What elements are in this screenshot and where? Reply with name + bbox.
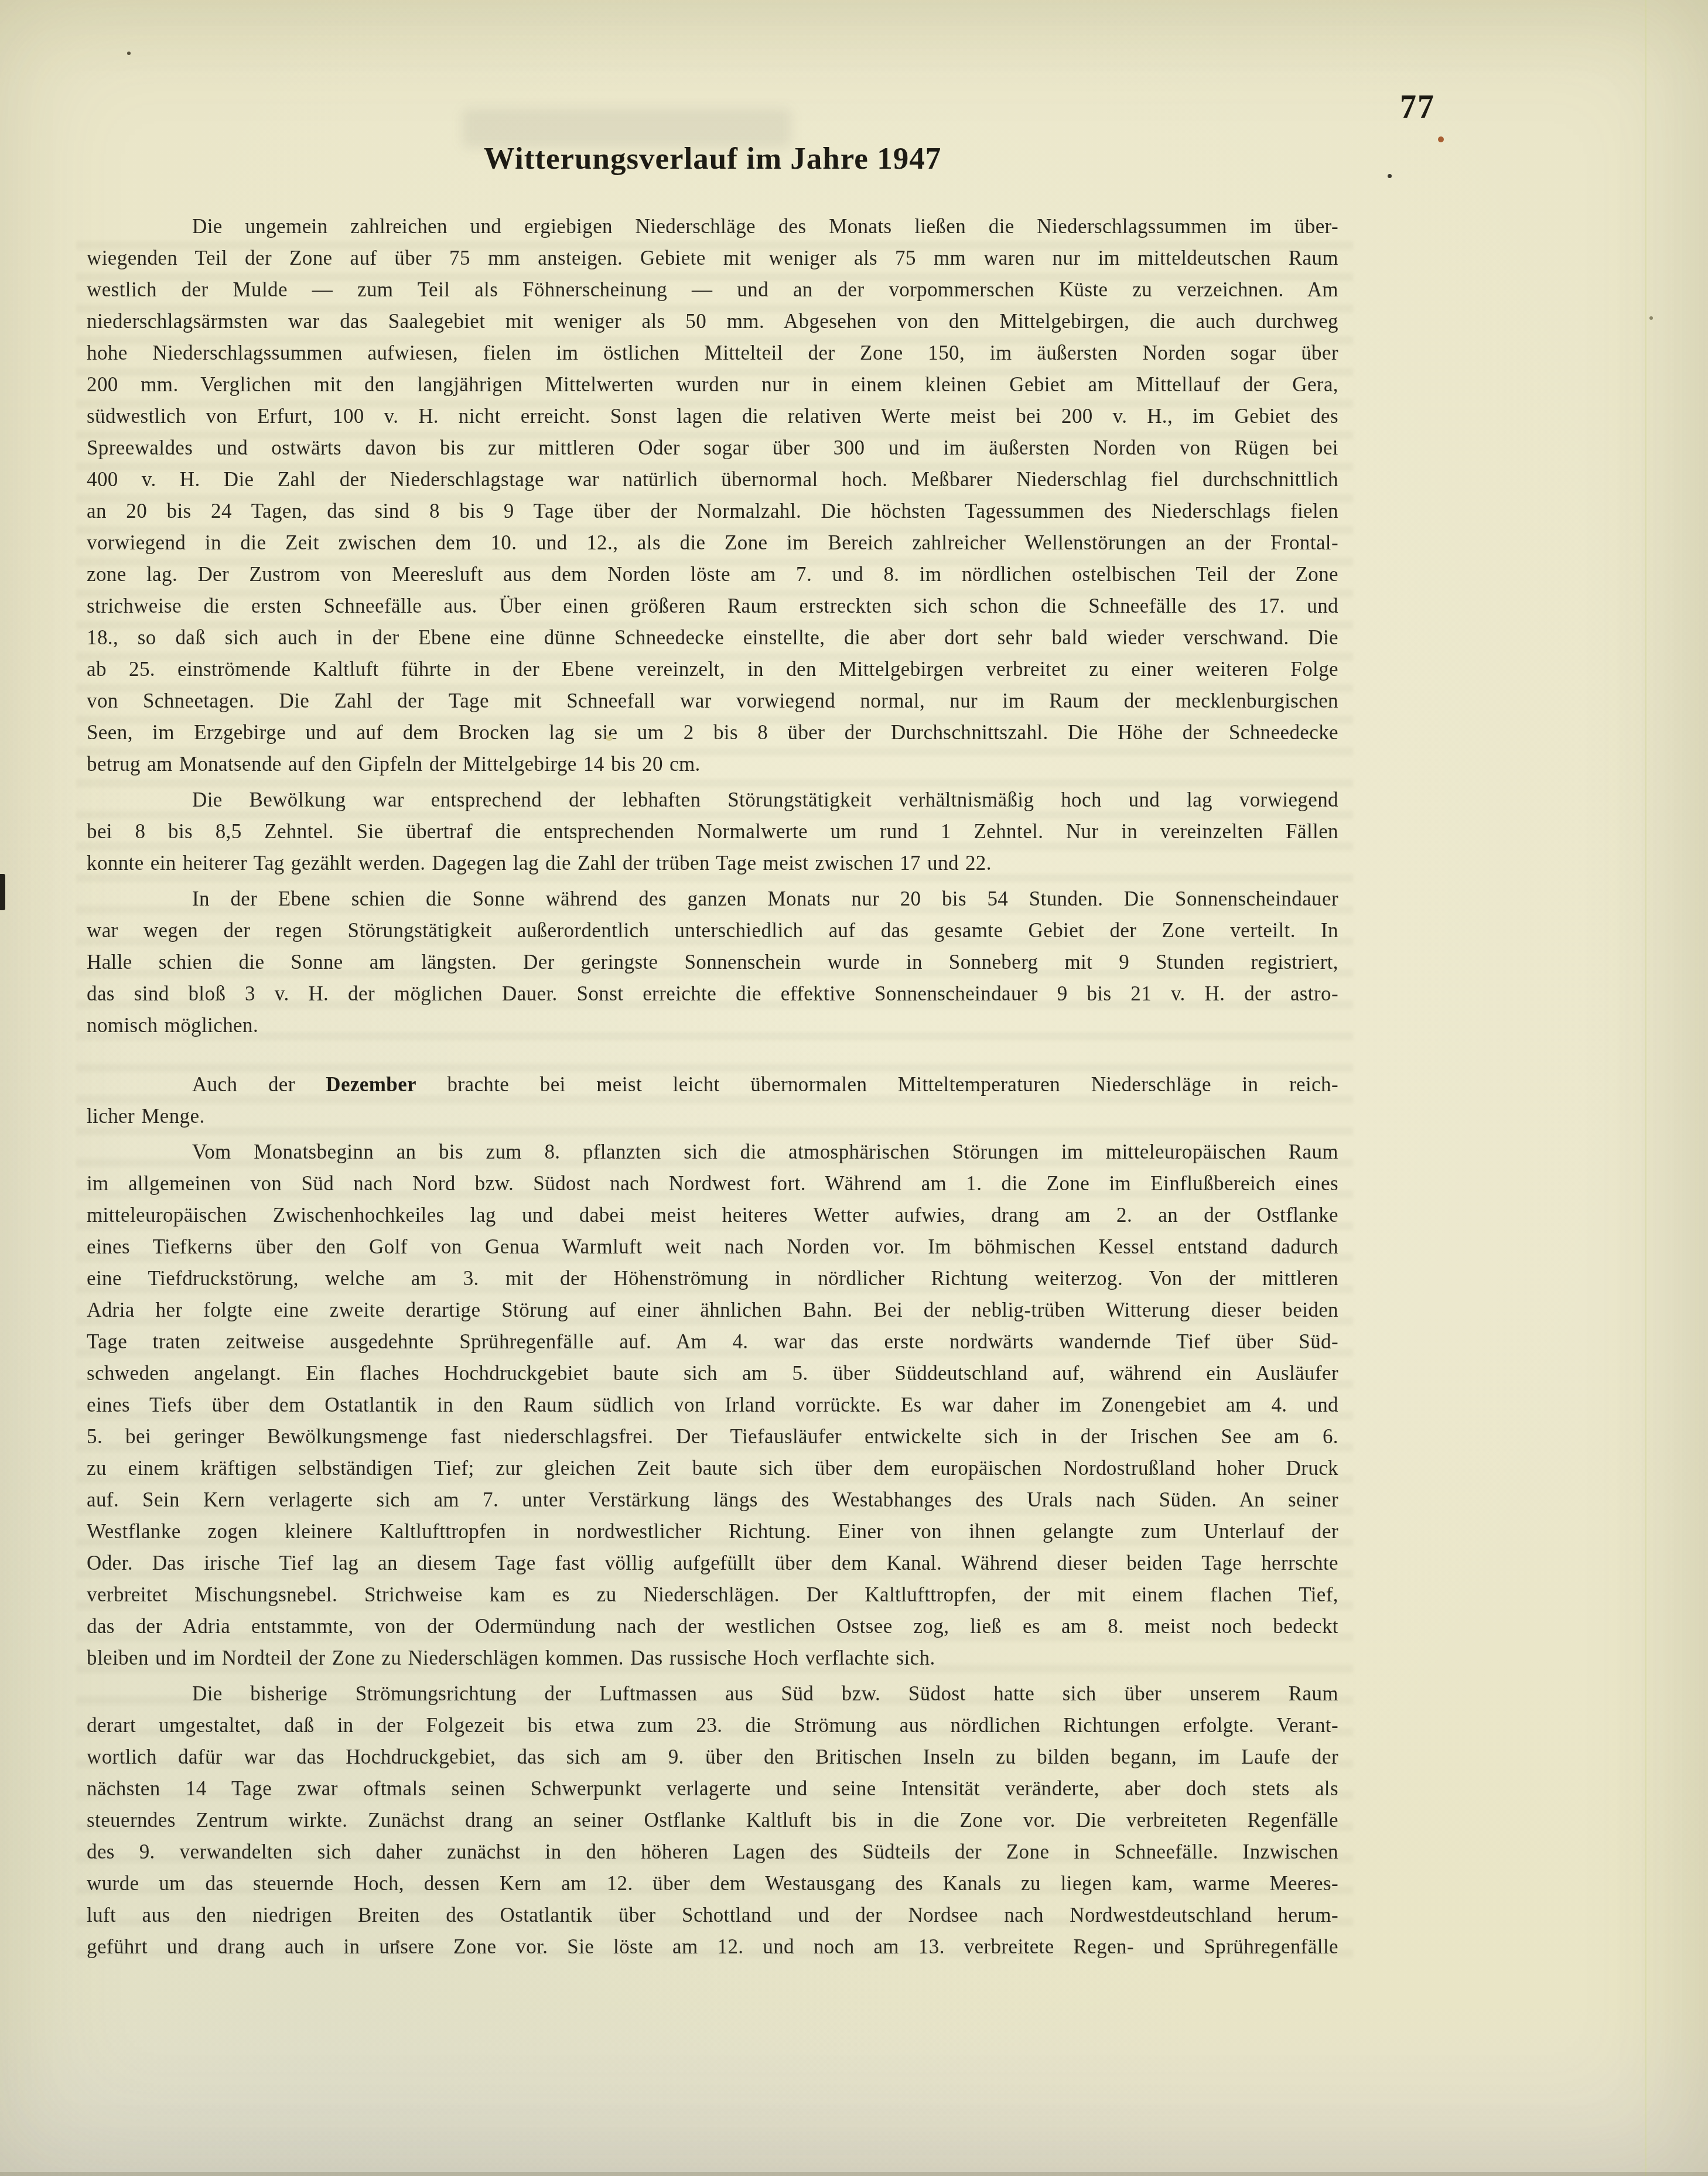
text-line: westlich der Mulde — zum Teil als Föhner… xyxy=(87,274,1338,306)
text-line: war wegen der regen Störungstätigkeit au… xyxy=(87,915,1338,947)
text-line: 18., so daß sich auch in der Ebene eine … xyxy=(87,622,1338,654)
paragraph: Auch der Dezember brachte bei meist leic… xyxy=(87,1069,1338,1132)
page-title: Witterungsverlauf im Jahre 1947 xyxy=(87,141,1338,177)
text-line: Die bisherige Strömungsrichtung der Luft… xyxy=(87,1678,1338,1710)
text-line: derart umgestaltet, daß in der Folgezeit… xyxy=(87,1710,1338,1741)
paper-speck xyxy=(1388,174,1392,178)
text-line: ab 25. einströmende Kaltluft führte in d… xyxy=(87,654,1338,685)
paper-crease xyxy=(1645,0,1646,2176)
text-line: licher Menge. xyxy=(87,1101,1338,1132)
text-line: das der Adria entstammte, von der Odermü… xyxy=(87,1611,1338,1642)
paper-speck xyxy=(127,52,131,55)
text-line: 400 v. H. Die Zahl der Niederschlagstage… xyxy=(87,464,1338,496)
paragraph: Vom Monatsbeginn an bis zum 8. pflanzten… xyxy=(87,1136,1338,1674)
text-line: wiegenden Teil der Zone auf über 75 mm a… xyxy=(87,242,1338,274)
text-line: zu einem kräftigen selbständigen Tief; z… xyxy=(87,1453,1338,1484)
text-line: verbreitet Mischungsnebel. Strichweise k… xyxy=(87,1579,1338,1611)
text-line: südwestlich von Erfurt, 100 v. H. nicht … xyxy=(87,401,1338,432)
page-number: 77 xyxy=(1400,89,1435,125)
text-line: von Schneetagen. Die Zahl der Tage mit S… xyxy=(87,685,1338,717)
text-line: des 9. verwandelten sich daher zunächst … xyxy=(87,1836,1338,1868)
paragraph: Die bisherige Strömungsrichtung der Luft… xyxy=(87,1678,1338,1963)
text-line: 200 mm. Verglichen mit den langjährigen … xyxy=(87,369,1338,401)
paragraph: Die Bewölkung war entsprechend der lebha… xyxy=(87,784,1338,879)
paragraph: In der Ebene schien die Sonne während de… xyxy=(87,883,1338,1041)
paper-speck xyxy=(1649,316,1653,320)
page-bottom-shadow xyxy=(0,2172,1708,2176)
text-line: Westflanke zogen kleinere Kaltlufttropfe… xyxy=(87,1516,1338,1548)
text-line: Adria her folgte eine zweite derartige S… xyxy=(87,1294,1338,1326)
text-line: nomisch möglichen. xyxy=(87,1010,1338,1041)
text-line: Halle schien die Sonne am längsten. Der … xyxy=(87,947,1338,978)
text-line: niederschlagsärmsten war das Saalegebiet… xyxy=(87,306,1338,337)
text-line: luft aus den niedrigen Breiten des Ostat… xyxy=(87,1900,1338,1931)
text-line: wurde um das steuernde Hoch, dessen Kern… xyxy=(87,1868,1338,1900)
text-line: vorwiegend in die Zeit zwischen dem 10. … xyxy=(87,527,1338,559)
paper-speck xyxy=(1438,136,1444,142)
text-line: eines Tiefkerns über den Golf von Genua … xyxy=(87,1231,1338,1263)
paper-speck xyxy=(606,735,613,741)
text-line: eines Tiefs über dem Ostatlantik in den … xyxy=(87,1389,1338,1421)
text-line: Auch der Dezember brachte bei meist leic… xyxy=(87,1069,1338,1101)
text-line: Die Bewölkung war entsprechend der lebha… xyxy=(87,784,1338,816)
text-line: mitteleuropäischen Zwischenhochkeiles la… xyxy=(87,1200,1338,1231)
text-line: bleiben und im Nordteil der Zone zu Nied… xyxy=(87,1642,1338,1674)
text-line: auf. Sein Kern verlagerte sich am 7. unt… xyxy=(87,1484,1338,1516)
text-line: Seen, im Erzgebirge und auf dem Brocken … xyxy=(87,717,1338,749)
bold-text: Dezember xyxy=(326,1073,416,1096)
body-text: Die ungemein zahlreichen und ergiebigen … xyxy=(87,211,1338,1963)
text-line: bei 8 bis 8,5 Zehntel. Sie übertraf die … xyxy=(87,816,1338,848)
text-line: Oder. Das irische Tief lag an diesem Tag… xyxy=(87,1548,1338,1579)
text-line: zone lag. Der Zustrom von Meeresluft aus… xyxy=(87,559,1338,590)
text-line: steuerndes Zentrum wirkte. Zunächst dran… xyxy=(87,1805,1338,1836)
text-line: betrug am Monatsende auf den Gipfeln der… xyxy=(87,749,1338,780)
text-line: hohe Niederschlagssummen aufwiesen, fiel… xyxy=(87,337,1338,369)
text-line: Spreewaldes und ostwärts davon bis zur m… xyxy=(87,432,1338,464)
text-line: im allgemeinen von Süd nach Nord bzw. Sü… xyxy=(87,1168,1338,1200)
text-line: an 20 bis 24 Tagen, das sind 8 bis 9 Tag… xyxy=(87,496,1338,527)
text-line: strichweise die ersten Schneefälle aus. … xyxy=(87,590,1338,622)
text-line: eine Tiefdruckstörung, welche am 3. mit … xyxy=(87,1263,1338,1294)
text-line: schweden angelangt. Ein flaches Hochdruc… xyxy=(87,1358,1338,1389)
paragraph: Die ungemein zahlreichen und ergiebigen … xyxy=(87,211,1338,780)
text-line: Die ungemein zahlreichen und ergiebigen … xyxy=(87,211,1338,242)
document-page: 77 Witterungsverlauf im Jahre 1947 Die u… xyxy=(0,0,1708,2176)
paper-speck xyxy=(396,1940,399,1943)
text-line: nächsten 14 Tage zwar oftmals seinen Sch… xyxy=(87,1773,1338,1805)
text-line: Vom Monatsbeginn an bis zum 8. pflanzten… xyxy=(87,1136,1338,1168)
text-line: 5. bei geringer Bewölkungsmenge fast nie… xyxy=(87,1421,1338,1453)
scan-edge-mark xyxy=(0,874,5,910)
text-line: wortlich dafür war das Hochdruckgebiet, … xyxy=(87,1741,1338,1773)
text-line: geführt und drang auch in unsere Zone vo… xyxy=(87,1931,1338,1963)
text-line: Tage traten zeitweise ausgedehnte Sprühr… xyxy=(87,1326,1338,1358)
text-line: das sind bloß 3 v. H. der möglichen Daue… xyxy=(87,978,1338,1010)
text-line: konnte ein heiterer Tag gezählt werden. … xyxy=(87,848,1338,879)
text-line: In der Ebene schien die Sonne während de… xyxy=(87,883,1338,915)
